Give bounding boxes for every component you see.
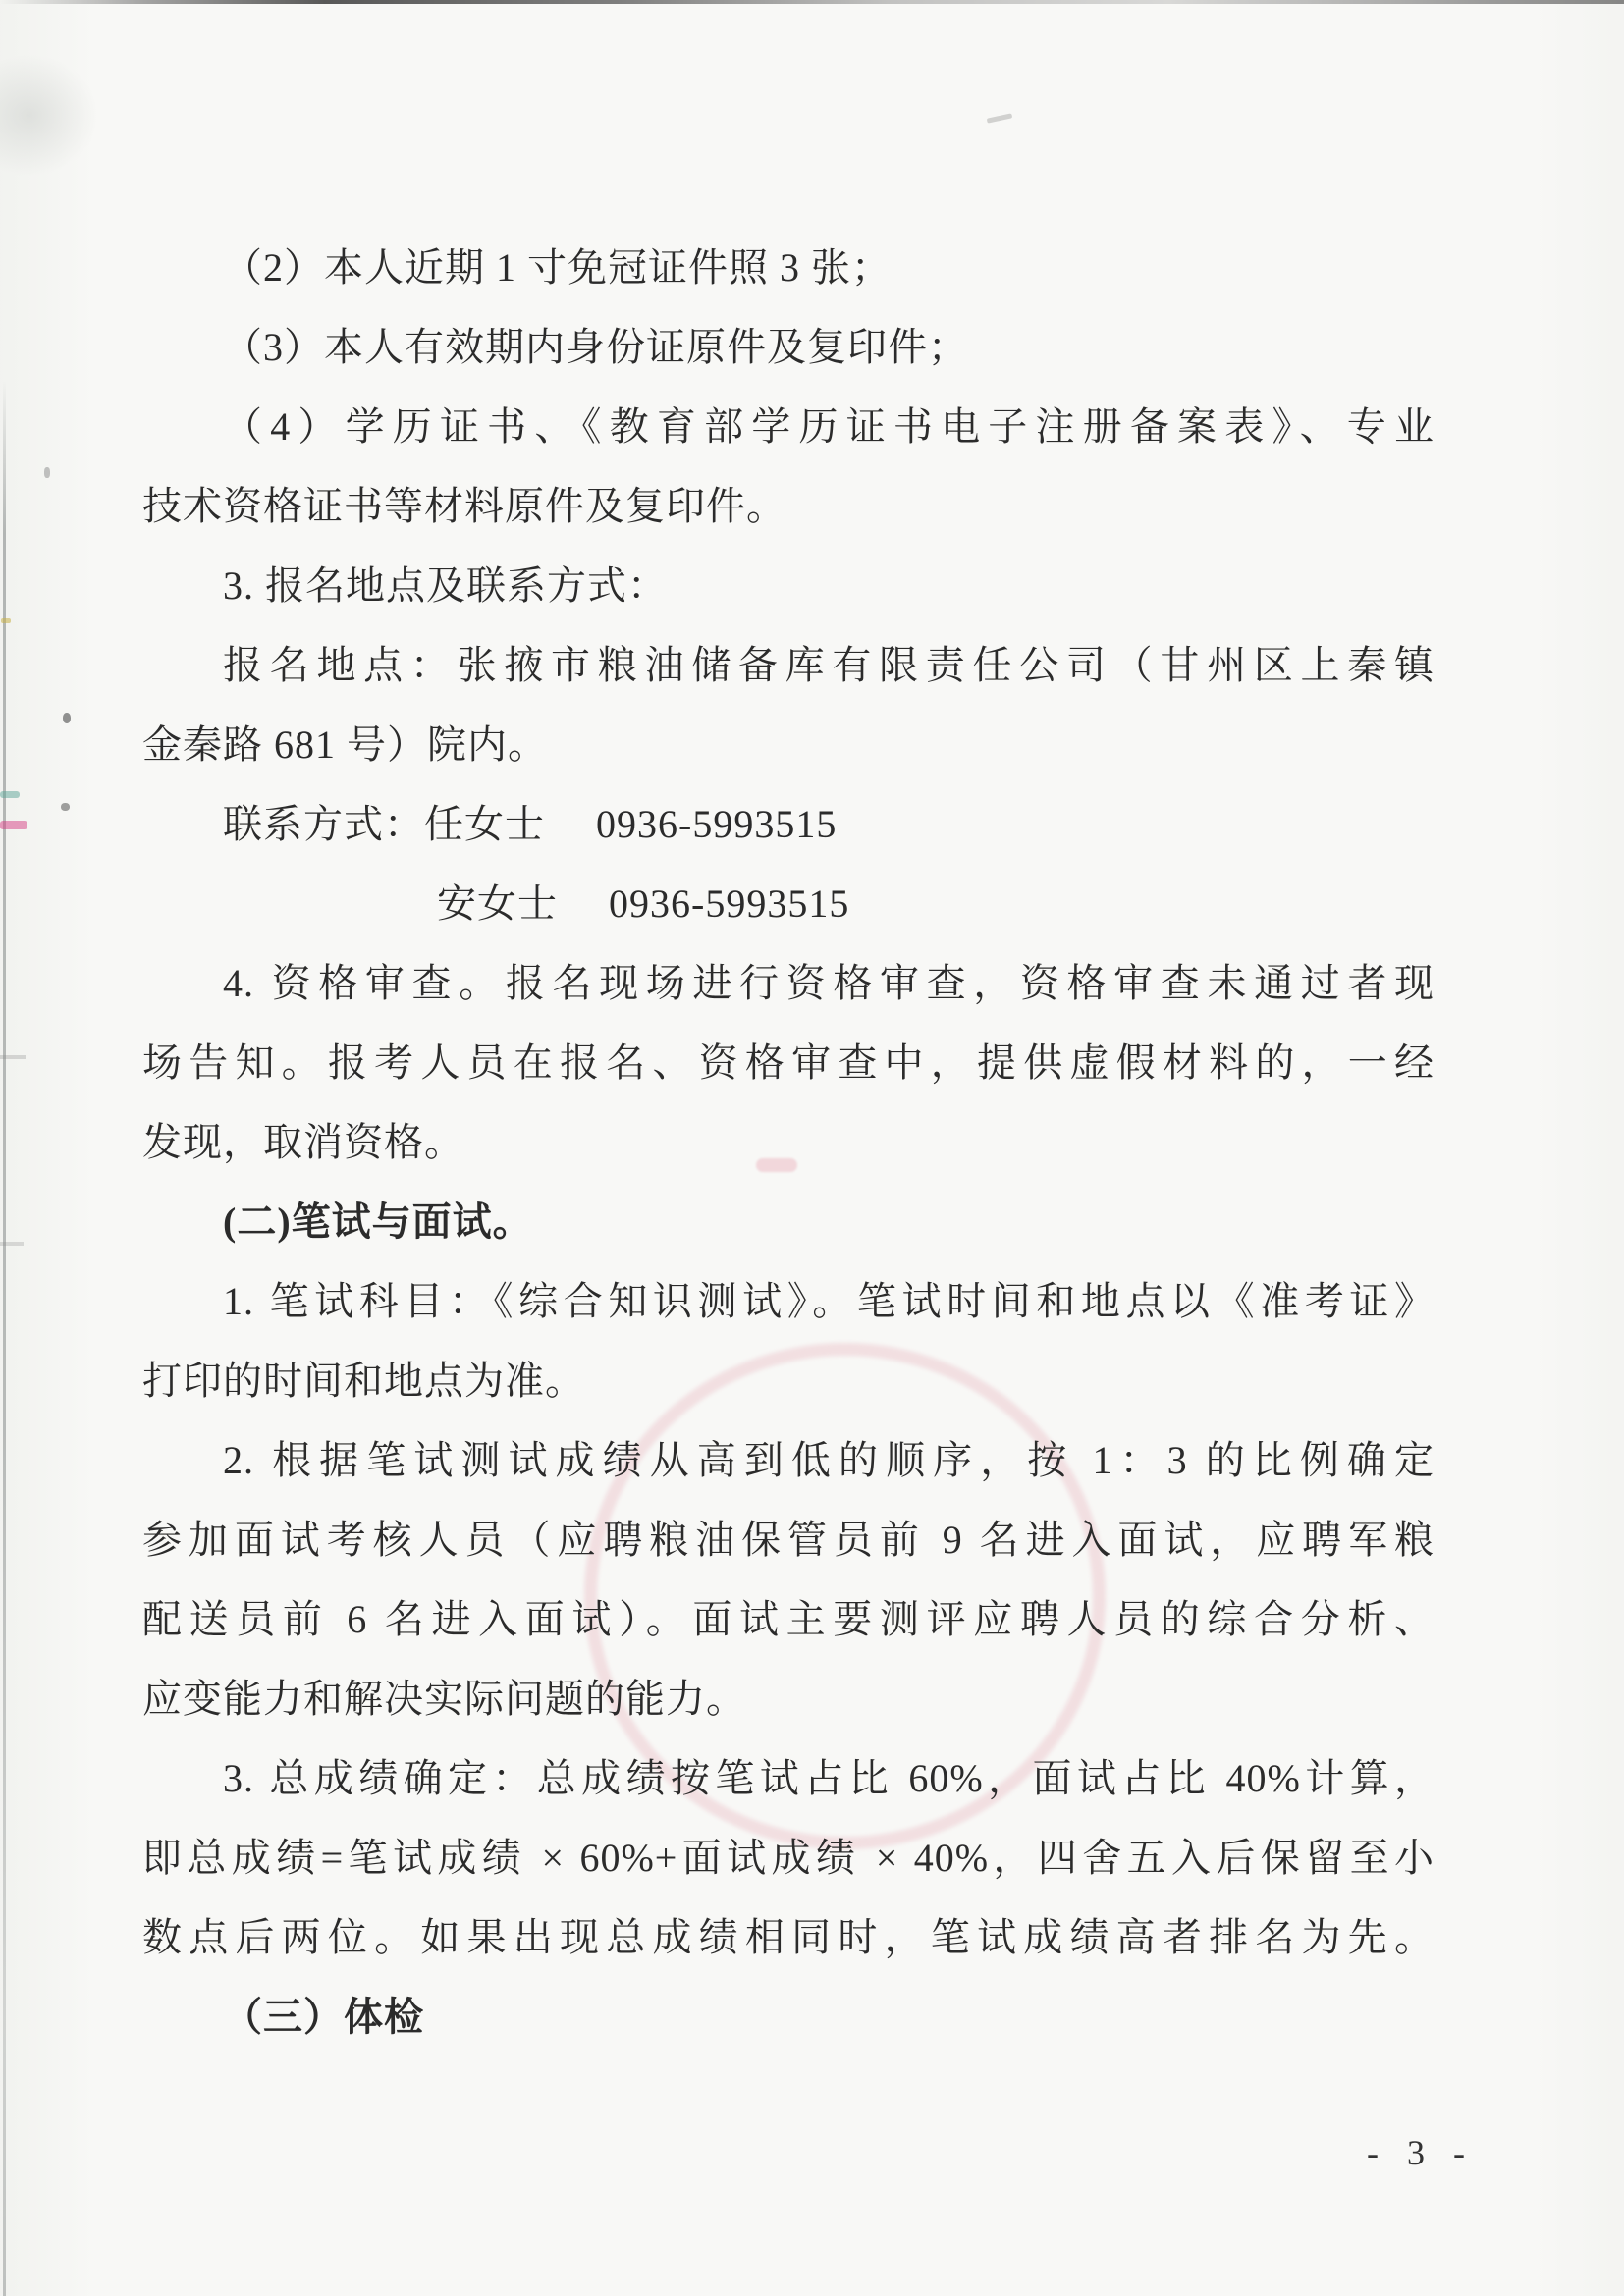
text-line: 发现，取消资格。 [142, 1102, 1435, 1182]
text-line: 打印的时间和地点为准。 [142, 1341, 1435, 1420]
text-line: （4）学历证书、《教育部学历证书电子注册备案表》、专业 [142, 387, 1435, 466]
text-line: （三）体检 [142, 1977, 1435, 2056]
text-line: 数点后两位。如果出现总成绩相同时，笔试成绩高者排名为先。 [142, 1897, 1435, 1977]
text-line: 1. 笔试科目：《综合知识测试》。笔试时间和地点以《准考证》 [142, 1261, 1435, 1341]
text-line: 安女士 0936-5993515 [142, 864, 1435, 943]
scan-artifact-teal-mark [0, 791, 20, 798]
scan-artifact-speck [44, 467, 50, 478]
text-line: 配送员前 6 名进入面试）。面试主要测评应聘人员的综合分析、 [142, 1579, 1435, 1659]
text-line: 即总成绩=笔试成绩 × 60%+面试成绩 × 40%，四舍五入后保留至小 [142, 1818, 1435, 1897]
scan-artifact-pink-mark [0, 821, 27, 829]
document-body: （2）本人近期 1 寸免冠证件照 3 张；（3）本人有效期内身份证原件及复印件；… [142, 228, 1435, 2056]
text-line: 场告知。报考人员在报名、资格审查中，提供虚假材料的，一经 [142, 1023, 1435, 1102]
text-line: 4. 资格审查。报名现场进行资格审查，资格审查未通过者现 [142, 943, 1435, 1023]
scan-artifact-corner-blob [0, 54, 98, 177]
scan-artifact-streak [0, 1055, 26, 1059]
text-line: （3）本人有效期内身份证原件及复印件； [142, 307, 1435, 387]
scanned-document-page: （2）本人近期 1 寸免冠证件照 3 张；（3）本人有效期内身份证原件及复印件；… [0, 0, 1624, 2296]
text-line: （2）本人近期 1 寸免冠证件照 3 张； [142, 228, 1435, 307]
scan-artifact-left-edge-line [3, 381, 6, 2296]
text-line: 报名地点：张掖市粮油储备库有限责任公司（甘州区上秦镇 [142, 625, 1435, 705]
scan-artifact-speck [61, 803, 70, 811]
text-line: 2. 根据笔试测试成绩从高到低的顺序，按 1：3 的比例确定 [142, 1420, 1435, 1500]
text-line: 应变能力和解决实际问题的能力。 [142, 1659, 1435, 1738]
text-line: (二)笔试与面试。 [142, 1182, 1435, 1261]
text-line: 联系方式：任女士 0936-5993515 [142, 784, 1435, 864]
text-line: 参加面试考核人员（应聘粮油保管员前 9 名进入面试，应聘军粮 [142, 1500, 1435, 1579]
scan-artifact-yellow-mark [1, 618, 11, 623]
scan-artifact-top-edge [0, 0, 1624, 4]
text-line: 3. 总成绩确定：总成绩按笔试占比 60%，面试占比 40%计算， [142, 1738, 1435, 1818]
page-number: - 3 - [1367, 2132, 1475, 2173]
scan-artifact-speck [987, 113, 1012, 123]
scan-artifact-streak [0, 1242, 24, 1246]
scan-artifact-speck [63, 713, 71, 723]
text-line: 技术资格证书等材料原件及复印件。 [142, 466, 1435, 546]
text-line: 金秦路 681 号）院内。 [142, 705, 1435, 784]
text-line: 3. 报名地点及联系方式： [142, 546, 1435, 625]
